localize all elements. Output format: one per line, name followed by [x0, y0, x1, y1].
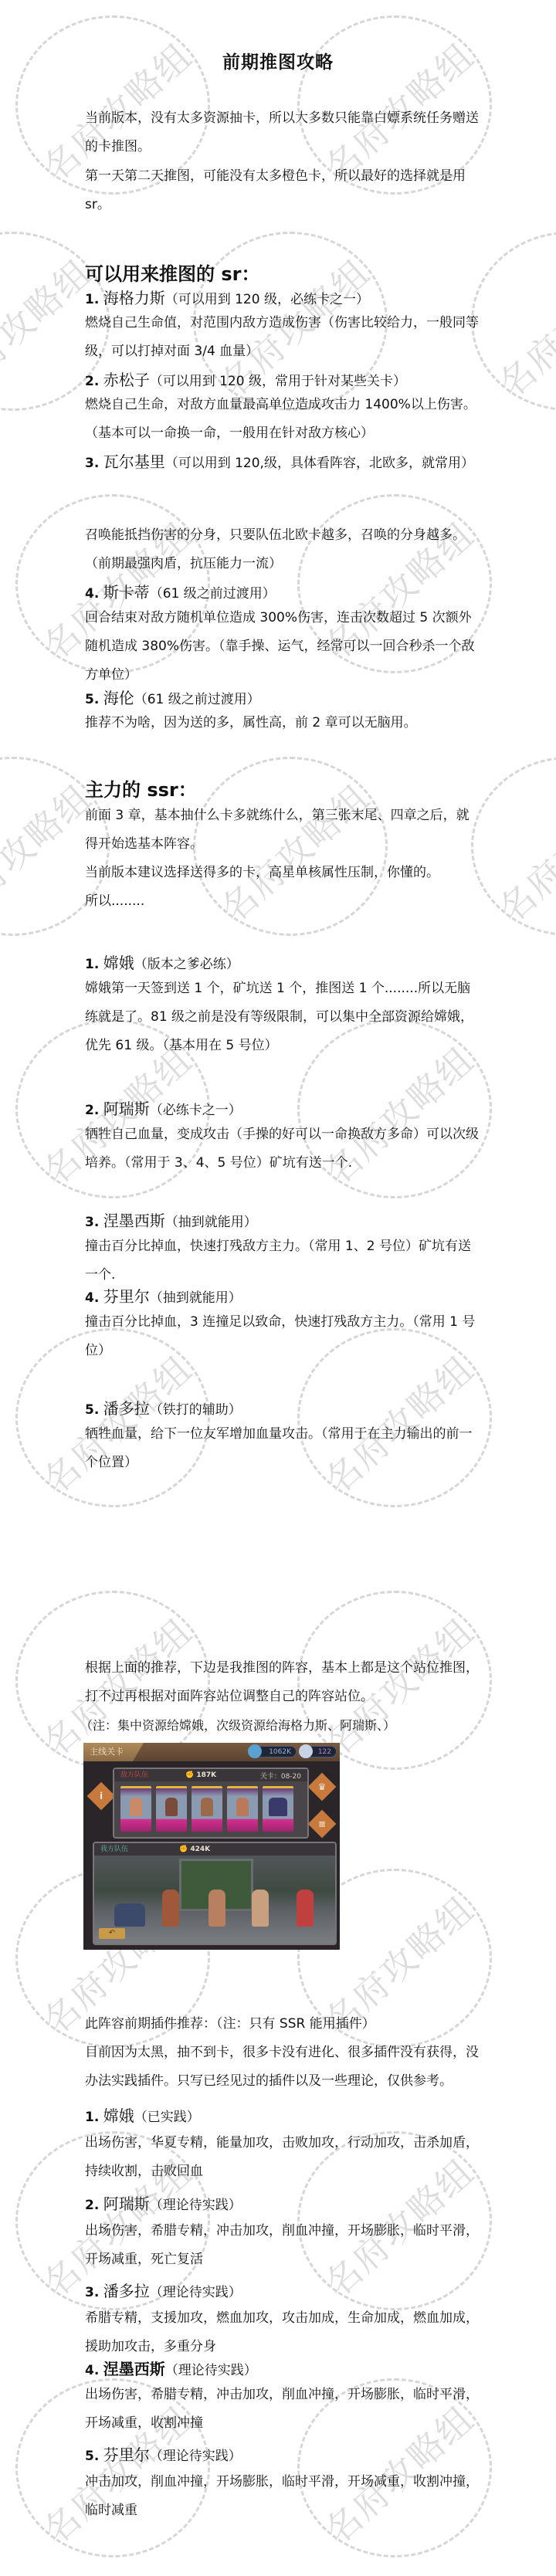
hero-fenrir[interactable]: [114, 1903, 145, 1927]
ssr-paragraph-2: 当前版本建议选择送得多的卡，高星单核属性压制，你懂的。: [85, 859, 479, 887]
watermark-stamp: 名府攻略组: [471, 232, 556, 409]
plugin-item-4-heading: 4. 涅墨西斯（理论待实践）: [85, 2358, 257, 2381]
hero-note: （61 级之前过渡用）: [150, 586, 276, 602]
plugin-item-1-heading: 1. 嫦娥（已实践）: [85, 2105, 200, 2128]
hero-pandora[interactable]: [252, 1890, 269, 1927]
hero-note: （抽到就能用）: [165, 1215, 257, 1230]
item-number: 2.: [85, 1103, 99, 1118]
ssr-item-3-heading: 3. 涅墨西斯（抽到就能用）: [85, 1210, 257, 1233]
hero-note: （抽到就能用）: [150, 1290, 242, 1306]
item-number: 5.: [85, 692, 99, 707]
ssr-item-2-desc: 牺牲自己血量，变成攻击（手操的好可以一命换敌方多命）可以次级培养。（常用于 3、…: [85, 1120, 479, 1178]
hero-name: 涅墨西斯: [103, 2360, 165, 2378]
sr-item-5-desc: 推荐不为啥，因为送的多，属性高，前 2 章可以无脑用。: [85, 709, 479, 737]
item-number: 1.: [85, 292, 99, 307]
ally-power-value: 424K: [190, 1846, 210, 1853]
trophy-button[interactable]: ♛: [308, 1773, 337, 1802]
hero-name: 潘多拉: [103, 1399, 150, 1418]
sr-item-3-desc: 召唤能抵挡伤害的分身，只要队伍北欧卡越多，召唤的分身越多。（前期最强肉盾，抗压能…: [85, 521, 479, 578]
enemy-card-row: [120, 1786, 293, 1832]
hero-note: （理论待实践）: [150, 2285, 242, 2300]
ssr-item-5-desc: 牺牲血量，给下一位友军增加血量攻击。（常用于在主力输出的前一个位置）: [85, 1420, 479, 1477]
resource-energy-value: 1062K: [269, 1748, 291, 1756]
hero-sprite: [269, 1798, 287, 1816]
enemy-power: ✊ 187K: [185, 1771, 216, 1779]
sr-item-2-heading: 2. 赤松子（可以用到 120 级，常用于针对某些关卡）: [85, 369, 406, 392]
ally-team-label: 我方队伍: [94, 1843, 335, 1856]
plugins-intro: 目前因为太黑，抽不到卡，很多卡没有进化、很多插件没有获得，没办法实践插件。只写已…: [85, 2039, 479, 2096]
diamond-icon: [299, 1744, 313, 1758]
enemy-power-value: 187K: [196, 1771, 216, 1779]
plugin-item-2-heading: 2. 阿瑞斯（理论待实践）: [85, 2193, 242, 2216]
enemy-card[interactable]: [156, 1786, 187, 1832]
item-number: 3.: [85, 2285, 99, 2300]
sr-item-2-desc: 燃烧自己生命，对敌方血量最高单位造成攻击力 1400%以上伤害。（基本可以一命换…: [85, 391, 479, 448]
ally-team-panel: 我方队伍 ✊ 424K ↶: [93, 1842, 337, 1945]
resource-energy: 1062K: [253, 1746, 297, 1757]
ssr-item-2-heading: 2. 阿瑞斯（必练卡之一）: [85, 1098, 242, 1121]
ssr-paragraph-1: 前面 3 章，基本抽什么卡多就练什么，第三张末尾、四章之后，就得开始选基本阵容。: [85, 802, 479, 859]
enemy-card[interactable]: [227, 1786, 258, 1832]
battle-scene: ↶: [94, 1856, 335, 1944]
hero-sprite: [165, 1798, 178, 1816]
hero-name: 海格力斯: [103, 289, 165, 307]
hero-note: （版本之爹必练）: [134, 957, 239, 972]
hero-note: （可以用到 120 级，必练卡之一）: [165, 292, 369, 307]
lineup-paragraph: 根据上面的推荐，下边是我推图的阵容，基本上都是这个站位推图，打不过再根据对面阵容…: [85, 1654, 479, 1711]
plugin-item-3-heading: 3. 潘多拉（理论待实践）: [85, 2280, 242, 2303]
info-icon: i: [91, 1786, 111, 1806]
ssr-item-5-heading: 5. 潘多拉（铁打的辅助）: [85, 1398, 242, 1421]
plugin-item-5-heading: 5. 芬里尔（理论待实践）: [85, 2444, 242, 2467]
hero-nemesis[interactable]: [162, 1890, 179, 1927]
page-title: 前期推图攻略: [0, 48, 556, 73]
hero-name: 涅墨西斯: [103, 1212, 165, 1230]
game-lineup-screenshot: 主线关卡 1062K 122 i ♛ ≡ 敌方队伍 ✊ 187K 关卡：08-2…: [83, 1743, 340, 1950]
ssr-paragraph-3: 所以........: [85, 887, 479, 916]
ally-power: ✊ 424K: [179, 1846, 210, 1853]
enemy-card[interactable]: [263, 1786, 293, 1832]
item-number: 4.: [85, 1290, 99, 1306]
sr-item-3-heading: 3. 瓦尔基里（可以用到 120,级，具体看阵容，北欧多，就常用）: [85, 451, 474, 474]
hero-note: （可以用到 120,级，具体看阵容，北欧多，就常用）: [165, 456, 474, 471]
plugin-item-5-desc: 冲击加攻，削血冲撞，开场膨胀，临时平滑，开场减重，收割冲撞，临时减重: [85, 2468, 479, 2525]
hero-name: 赤松子: [103, 371, 150, 389]
plugins-heading: 此阵容前期插件推荐：（注：只有 SSR 能用插件）: [85, 2010, 479, 2039]
plugin-item-4-desc: 出场伤害，希腊专精，冲击加攻，削血冲撞，开场膨胀，临时平滑，开场减重，收割冲撞: [85, 2381, 479, 2438]
item-number: 5.: [85, 2449, 99, 2464]
item-number: 3.: [85, 1215, 99, 1230]
hero-note: （可以用到 120 级，常用于针对某些关卡）: [150, 374, 406, 389]
ssr-item-1-heading: 1. 嫦娥（版本之爹必练）: [85, 952, 239, 975]
info-button[interactable]: i: [87, 1782, 116, 1811]
ssr-item-4-desc: 撞击百分比掉血，3 连撞足以致命，快速打残敌方主力。（常用 1 号位）: [85, 1308, 479, 1365]
trophy-icon: ♛: [312, 1777, 332, 1797]
back-button[interactable]: ↶: [99, 1928, 125, 1939]
hero-name: 瓦尔基里: [103, 452, 165, 471]
sr-item-1-desc: 燃烧自己生命值，对范围内敌方造成伤害（伤害比较给力，一般同等级，可以打掉对面 3…: [85, 309, 479, 366]
hero-note: （61 级之前过渡用）: [134, 692, 260, 707]
hero-sprite: [130, 1798, 142, 1816]
item-number: 3.: [85, 456, 99, 471]
enemy-team-panel: 敌方队伍 ✊ 187K 关卡：08-20: [113, 1768, 309, 1839]
guide-button[interactable]: ≡: [308, 1810, 337, 1839]
hero-name: 芬里尔: [103, 2446, 150, 2464]
ssr-section-heading: 主力的 ssr：: [85, 774, 197, 802]
intro-paragraph-2: 第一天第二天推图，可能没有太多橙色卡，所以最好的选择就是用 sr。: [85, 162, 479, 219]
hero-note: （必练卡之一）: [150, 1103, 242, 1118]
item-number: 1.: [85, 957, 99, 972]
ssr-item-3-desc: 撞击百分比掉血，快速打残敌方主力。（常用 1、2 号位）矿坑有送一个.: [85, 1232, 479, 1290]
hero-note: （理论待实践）: [150, 2198, 242, 2213]
sr-item-4-heading: 4. 斯卡蒂（61 级之前过渡用）: [85, 581, 276, 605]
item-number: 4.: [85, 2363, 99, 2378]
sr-item-5-heading: 5. 海伦（61 级之前过渡用）: [85, 687, 260, 710]
plugin-item-3-desc: 希腊专精，支援加攻，燃血加攻，攻击加成，生命加成，燃血加成，援助加攻击，多重分身: [85, 2304, 479, 2361]
hero-name: 潘多拉: [103, 2282, 150, 2300]
resource-gems-value: 122: [318, 1748, 331, 1756]
plugin-item-1-desc: 出场伤害，华夏专精，能量加攻，击败加攻，行动加攻，击杀加盾，持续收割，击败回血: [85, 2129, 479, 2186]
stage-label: 关卡：08-20: [260, 1771, 301, 1781]
hero-note: （理论待实践）: [165, 2363, 257, 2378]
hero-sprite: [201, 1798, 213, 1816]
resource-gems: 122: [304, 1746, 337, 1757]
lineup-note: （注：集中资源给嫦娥，次级资源给海格力斯、阿瑞斯、）: [80, 1711, 474, 1740]
hero-sprite: [236, 1798, 249, 1816]
enemy-card[interactable]: [120, 1786, 151, 1832]
hero-name: 嫦娥: [103, 2107, 134, 2125]
hero-name: 嫦娥: [103, 954, 134, 972]
hero-name: 海伦: [103, 689, 134, 707]
enemy-card[interactable]: [192, 1786, 222, 1832]
item-number: 4.: [85, 586, 99, 602]
item-number: 2.: [85, 2198, 99, 2213]
sr-section-heading: 可以用来推图的 sr：: [85, 259, 259, 286]
sr-item-4-desc: 回合结束对敌方随机单位造成 300%伤害，连击次数超过 5 次额外随机造成 38…: [85, 604, 479, 690]
potion-icon: [248, 1744, 262, 1758]
hero-ares[interactable]: [208, 1890, 225, 1927]
hero-name: 芬里尔: [103, 1287, 150, 1306]
item-number: 1.: [85, 2110, 99, 2125]
hero-note: （铁打的辅助）: [150, 1402, 242, 1418]
item-number: 5.: [85, 1402, 99, 1418]
watermark-stamp: 名府攻略组: [471, 757, 556, 934]
ssr-item-1-desc: 嫦娥第一天签到送 1 个，矿坑送 1 个，推图送 1 个........所以无脑…: [85, 974, 479, 1060]
intro-paragraph-1: 当前版本，没有太多资源抽卡，所以大多数只能靠白嫖系统任务赠送的卡推图。: [85, 104, 479, 161]
hero-note: （理论待实践）: [150, 2449, 242, 2464]
plugin-item-2-desc: 出场伤害，希腊专精，冲击加攻，削血冲撞，开场膨胀，临时平滑，开场减重，死亡复活: [85, 2217, 479, 2274]
sr-item-1-heading: 1. 海格力斯（可以用到 120 级，必练卡之一）: [85, 287, 369, 310]
ssr-item-4-heading: 4. 芬里尔（抽到就能用）: [85, 1286, 242, 1309]
hero-name: 斯卡蒂: [103, 583, 150, 602]
guide-icon: ≡: [312, 1814, 332, 1834]
hero-note: （已实践）: [134, 2110, 200, 2125]
hero-change[interactable]: [297, 1890, 314, 1927]
hero-name: 阿瑞斯: [103, 2195, 150, 2213]
item-number: 2.: [85, 374, 99, 389]
hero-name: 阿瑞斯: [103, 1100, 150, 1118]
